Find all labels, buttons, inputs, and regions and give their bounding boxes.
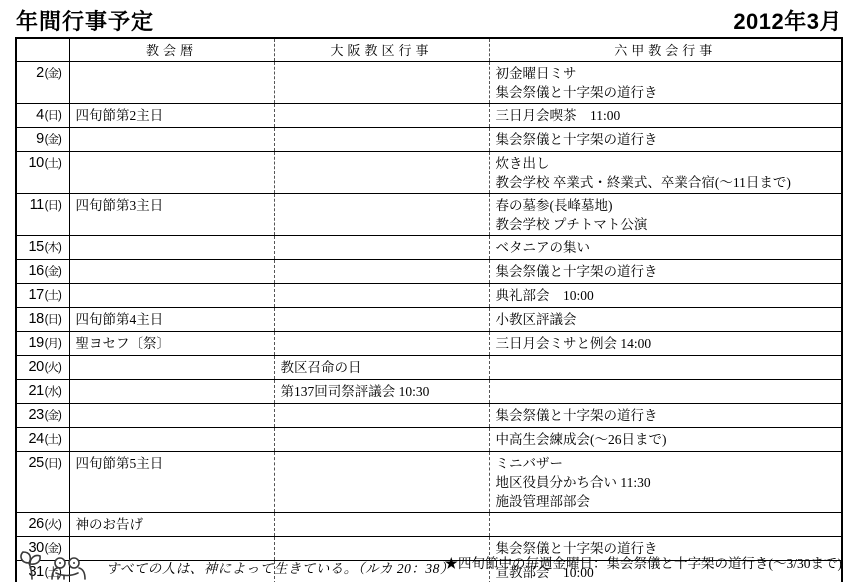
table-row: 21(水) 第137回司祭評議会 10:30 xyxy=(16,380,842,404)
table-row: 10(土) 炊き出し 教会学校 卒業式・終業式、卒業合宿(～11日まで) xyxy=(16,152,842,194)
church-calendar-cell xyxy=(69,284,274,308)
osaka-diocese-cell xyxy=(274,62,489,104)
table-row: 4(日) 四旬節第2主日 三日月会喫茶 11:00 xyxy=(16,104,842,128)
church-calendar-cell: 四旬節第2主日 xyxy=(69,104,274,128)
rokko-church-cell xyxy=(489,513,842,537)
church-calendar-cell xyxy=(69,356,274,380)
rokko-church-cell: 典礼部会 10:00 xyxy=(489,284,842,308)
sprout-frog-icon xyxy=(18,550,90,580)
date-column-header xyxy=(16,38,69,62)
table-row: 24(土) 中高生会練成会(～26日まで) xyxy=(16,428,842,452)
date-cell: 26(火) xyxy=(16,513,69,537)
osaka-diocese-cell xyxy=(274,152,489,194)
rokko-church-cell: 初金曜日ミサ 集会祭儀と十字架の道行き xyxy=(489,62,842,104)
church-calendar-cell: 四旬節第3主日 xyxy=(69,194,274,236)
rokko-church-header: 六甲教会行事 xyxy=(489,38,842,62)
church-calendar-cell: 聖ヨセフ〔祭〕 xyxy=(69,332,274,356)
table-row: 16(金) 集会祭儀と十字架の道行き xyxy=(16,260,842,284)
church-calendar-cell: 神のお告げ xyxy=(69,513,274,537)
osaka-diocese-cell xyxy=(274,404,489,428)
sheet-header: 年間行事予定 2012年3月 xyxy=(16,3,842,35)
header-row: 教会暦 大阪教区行事 六甲教会行事 xyxy=(16,38,842,62)
church-calendar-header: 教会暦 xyxy=(69,38,274,62)
church-calendar-cell: 四旬節第4主日 xyxy=(69,308,274,332)
date-cell: 2(金) xyxy=(16,62,69,104)
osaka-diocese-cell: 第137回司祭評議会 10:30 xyxy=(274,380,489,404)
church-calendar-cell: 四旬節第5主日 xyxy=(69,452,274,513)
osaka-diocese-cell xyxy=(274,236,489,260)
table-row: 11(日) 四旬節第3主日 春の墓参(長峰墓地) 教会学校 プチトマト公演 xyxy=(16,194,842,236)
church-calendar-cell xyxy=(69,62,274,104)
osaka-diocese-cell xyxy=(274,284,489,308)
date-cell: 19(月) xyxy=(16,332,69,356)
lent-friday-note: ★四旬節中の毎週金曜日：集会祭儀と十字架の道行き(～3/30まで) xyxy=(445,552,843,572)
church-calendar-cell xyxy=(69,260,274,284)
rokko-church-cell: 三日月会喫茶 11:00 xyxy=(489,104,842,128)
date-cell: 10(土) xyxy=(16,152,69,194)
rokko-church-cell: 小教区評議会 xyxy=(489,308,842,332)
rokko-church-cell: 三日月会ミサと例会 14:00 xyxy=(489,332,842,356)
rokko-church-cell: 春の墓参(長峰墓地) 教会学校 プチトマト公演 xyxy=(489,194,842,236)
rokko-church-cell: 中高生会練成会(～26日まで) xyxy=(489,428,842,452)
table-row: 19(月) 聖ヨセフ〔祭〕 三日月会ミサと例会 14:00 xyxy=(16,332,842,356)
osaka-diocese-cell xyxy=(274,428,489,452)
rokko-church-cell: 集会祭儀と十字架の道行き xyxy=(489,260,842,284)
rokko-church-cell xyxy=(489,380,842,404)
church-calendar-cell xyxy=(69,428,274,452)
rokko-church-cell: ベタニアの集い xyxy=(489,236,842,260)
date-cell: 15(木) xyxy=(16,236,69,260)
osaka-diocese-cell xyxy=(274,194,489,236)
date-cell: 23(金) xyxy=(16,404,69,428)
osaka-diocese-cell xyxy=(274,513,489,537)
table-row: 17(土) 典礼部会 10:00 xyxy=(16,284,842,308)
church-calendar-cell xyxy=(69,404,274,428)
osaka-diocese-cell xyxy=(274,452,489,513)
sprout-frog-illustration xyxy=(18,550,90,582)
rokko-church-cell: 炊き出し 教会学校 卒業式・終業式、卒業合宿(～11日まで) xyxy=(489,152,842,194)
table-row: 25(日) 四旬節第5主日 ミニバザー 地区役員分かち合い 11:30 施設管理… xyxy=(16,452,842,513)
rokko-church-cell: 集会祭儀と十字架の道行き xyxy=(489,128,842,152)
date-cell: 18(日) xyxy=(16,308,69,332)
date-cell: 21(水) xyxy=(16,380,69,404)
osaka-diocese-cell xyxy=(274,104,489,128)
table-row: 18(日) 四旬節第4主日 小教区評議会 xyxy=(16,308,842,332)
osaka-diocese-cell xyxy=(274,332,489,356)
table-row: 26(火) 神のお告げ xyxy=(16,513,842,537)
sheet-footer: すべての人は、神によって生きている。（ルカ 20：38） ★四旬節中の毎週金曜日… xyxy=(18,549,842,579)
church-calendar-cell xyxy=(69,128,274,152)
date-cell: 11(日) xyxy=(16,194,69,236)
rokko-church-cell: 集会祭儀と十字架の道行き xyxy=(489,404,842,428)
church-calendar-cell xyxy=(69,380,274,404)
osaka-diocese-cell xyxy=(274,308,489,332)
scripture-quote: すべての人は、神によって生きている。（ルカ 20：38） xyxy=(106,557,454,577)
table-row: 9(金) 集会祭儀と十字架の道行き xyxy=(16,128,842,152)
rokko-church-cell xyxy=(489,356,842,380)
church-calendar-cell xyxy=(69,152,274,194)
table-row: 23(金) 集会祭儀と十字架の道行き xyxy=(16,404,842,428)
table-row: 20(火) 教区召命の日 xyxy=(16,356,842,380)
osaka-diocese-cell xyxy=(274,128,489,152)
rokko-church-cell: ミニバザー 地区役員分かち合い 11:30 施設管理部部会 xyxy=(489,452,842,513)
date-cell: 4(日) xyxy=(16,104,69,128)
period-label: 2012年3月 xyxy=(733,5,842,36)
table-row: 15(木) ベタニアの集い xyxy=(16,236,842,260)
date-cell: 16(金) xyxy=(16,260,69,284)
osaka-diocese-header: 大阪教区行事 xyxy=(274,38,489,62)
date-cell: 24(土) xyxy=(16,428,69,452)
church-calendar-cell xyxy=(69,236,274,260)
date-cell: 9(金) xyxy=(16,128,69,152)
page-title: 年間行事予定 xyxy=(16,5,154,36)
date-cell: 25(日) xyxy=(16,452,69,513)
date-cell: 17(土) xyxy=(16,284,69,308)
date-cell: 20(火) xyxy=(16,356,69,380)
osaka-diocese-cell xyxy=(274,260,489,284)
events-table: 教会暦 大阪教区行事 六甲教会行事 2(金) 初金曜日ミサ 集会祭儀と十字架の道… xyxy=(15,37,843,582)
schedule-sheet: 年間行事予定 2012年3月 教会暦 大阪教区行事 六甲教会行事 2(金) 初金… xyxy=(0,0,855,582)
osaka-diocese-cell: 教区召命の日 xyxy=(274,356,489,380)
table-row: 2(金) 初金曜日ミサ 集会祭儀と十字架の道行き xyxy=(16,62,842,104)
